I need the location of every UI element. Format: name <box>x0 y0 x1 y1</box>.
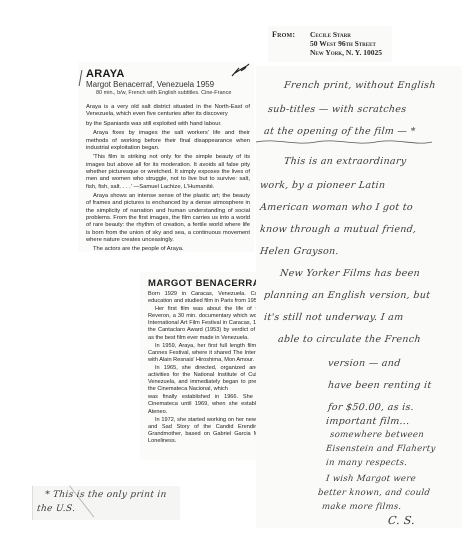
note-line: American woman who I got to <box>259 202 413 213</box>
film-subtitle: Margot Benacerraf, Venezuela 1959 <box>86 80 214 89</box>
quote-paragraph: 'This film is striking not only for the … <box>86 154 250 191</box>
note-line: able to circulate the French <box>277 334 421 345</box>
note-line: This is an extraordinary <box>283 156 407 167</box>
note-line: French print, without English <box>283 80 436 91</box>
araya-body: Araya is a very old salt district situat… <box>86 104 250 255</box>
film-meta: 80 min., b/w, French with English subtit… <box>96 90 231 96</box>
note-line: know through a mutual friend, <box>259 224 417 235</box>
handwritten-note-continued: important film... somewhere between Eise… <box>318 412 462 528</box>
paragraph: Araya is a very old salt district situat… <box>86 104 250 119</box>
note-line: it's still not underway. I am <box>263 312 404 323</box>
film-title: ARAYA <box>86 68 125 80</box>
note-line: at the opening of the film — * <box>263 126 416 137</box>
letterhead: From: Cecile Starr 50 West 96th Street N… <box>268 26 392 62</box>
sender-city: New York, N. Y. 10025 <box>310 48 382 57</box>
note-line: work, by a pioneer Latin <box>259 180 385 191</box>
paragraph: by the Spaniards was still exploited wit… <box>86 121 250 128</box>
note-line: version — and <box>327 358 401 369</box>
araya-clipping: ARAYA Margot Benacerraf, Venezuela 1959 … <box>78 62 254 252</box>
note-line: sub-titles — with scratches <box>267 104 407 115</box>
note-line: I wish Margot were <box>325 474 416 484</box>
wavy-divider-icon <box>256 138 432 146</box>
from-label: From: <box>272 30 295 39</box>
bio-title: MARGOT BENACERRAF <box>148 278 266 289</box>
sender-name: Cecile Starr <box>310 30 351 39</box>
note-line: New Yorker Films has been <box>279 268 420 279</box>
sender-street: 50 West 96th Street <box>310 39 376 48</box>
handwritten-out-mark-icon <box>231 63 253 77</box>
note-line: important film... <box>325 416 410 427</box>
paragraph: Araya fixes by images the salt workers' … <box>86 130 250 152</box>
note-line: Helen Grayson. <box>259 246 339 257</box>
note-line: planning an English version, but <box>263 290 430 301</box>
footnote-line: the U.S. <box>36 504 75 514</box>
footnote-slip: * This is the only print in the U.S. <box>32 486 180 520</box>
note-line: have been renting it <box>327 380 432 391</box>
note-line: somewhere between <box>329 430 424 440</box>
note-line: Eisenstein and Flaherty <box>325 444 436 454</box>
footnote-line: * This is the only print in <box>44 490 167 500</box>
paragraph: The actors are the people of Araya. <box>86 246 250 253</box>
bracket-mark <box>79 70 86 86</box>
paragraph: Araya shows an intense sense of the plas… <box>86 193 250 245</box>
note-line: in many respects. <box>325 458 407 468</box>
note-line: make more films. <box>321 502 402 512</box>
note-line: better known, and could <box>317 488 430 498</box>
signature-initials: C. S. <box>387 514 416 527</box>
